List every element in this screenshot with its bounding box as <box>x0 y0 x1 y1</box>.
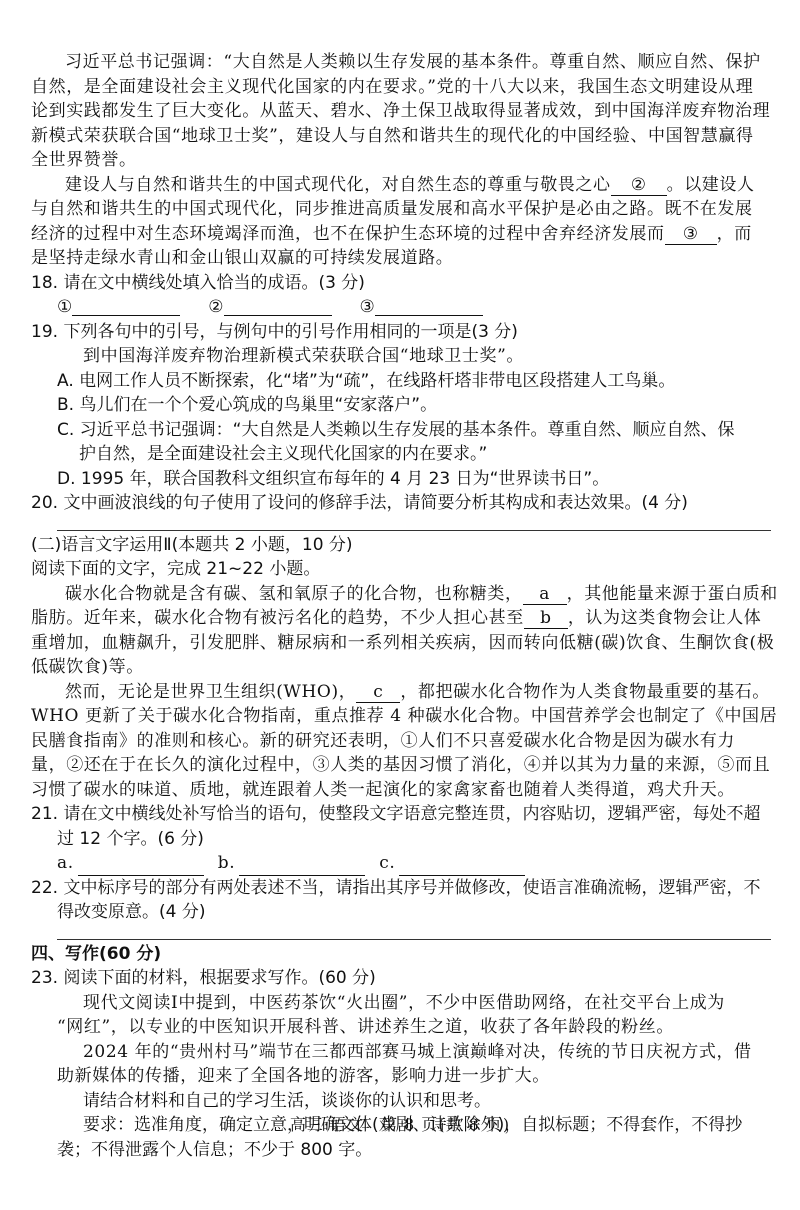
option-c[interactable]: C. 习近平总书记强调：“大自然是人类赖以生存发展的基本条件。尊重自然、顺应自然… <box>31 418 771 443</box>
text-segment: ，其他能量来源于蛋白质和 <box>567 584 778 604</box>
text-segment: ，认为这类食物会让人体 <box>568 608 762 628</box>
text-line: 习惯了碳水的味道、质地，就连跟着人类一起演化的家禽家畜也随着人类得道，鸡犬升天。 <box>31 778 771 803</box>
option-d[interactable]: D. 1995 年，联合国教科文组织宣布每年的 4 月 23 日为“世界读书日”… <box>31 467 771 492</box>
text-line: 新模式荣获联合国“地球卫士奖”，建设人与自然和谐共生的现代化的中国经验、中国智慧… <box>31 124 771 149</box>
material-1: 现代文阅读Ⅰ中提到，中医药茶饮“火出圈”，不少中医借助网络，在社交平台上成为 <box>31 991 771 1016</box>
answer-label-b: b. <box>218 851 236 876</box>
text-segment: 碳水化合物就是含有碳、氢和氧原子的化合物，也称糖类， <box>65 584 523 604</box>
fill-blank-2[interactable]: ② <box>611 175 667 196</box>
text-line: 低碳饮食)等。 <box>31 655 771 680</box>
answer-blank-b[interactable] <box>239 855 365 876</box>
answer-blank-1[interactable] <box>72 295 180 316</box>
question-18-answers: ① ② ③ <box>31 295 771 320</box>
question-21-stem: 21. 请在文中横线处补写恰当的语句，使整段文字语意完整连贯，内容贴切，逻辑严密… <box>31 802 771 827</box>
text-segment: ，都把碳水化合物作为人类食物最重要的基石。 <box>400 682 770 702</box>
question-19-example: 到中国海洋废弃物治理新模式荣获联合国“地球卫士奖”。 <box>31 344 771 369</box>
text-line: 经济的过程中对生态环境竭泽而渔，也不在保护生态环境的过程中舍弃经济发展而③，而 <box>31 222 771 247</box>
fill-blank-3[interactable]: ③ <box>665 224 717 245</box>
answer-label-c: c. <box>379 851 395 876</box>
answer-label-1: ① <box>57 295 72 320</box>
material-2: 2024 年的“贵州村马”端节在三都西部赛马城上演巅峰对决，传统的节日庆祝方式，… <box>31 1040 771 1065</box>
material-2-continued: 助新媒体的传播，迎来了全国各地的游客，影响力进一步扩大。 <box>31 1064 771 1089</box>
text-segment: 脂肪。近年来，碳水化合物有被污名化的趋势，不少人担心甚至 <box>31 608 524 628</box>
text-line: 脂肪。近年来，碳水化合物有被污名化的趋势，不少人担心甚至b，认为这类食物会让人体 <box>31 606 771 631</box>
text-line: 是坚持走绿水青山和金山银山双赢的可持续发展道路。 <box>31 246 771 271</box>
material-1-continued: “网红”，以专业的中医知识开展科普、讲述养生之道，收获了各年龄段的粉丝。 <box>31 1015 771 1040</box>
section-2-paragraph-2: 然而，无论是世界卫生组织(WHO)，c，都把碳水化合物作为人类食物最重要的基石。… <box>31 680 771 803</box>
text-segment: 然而，无论是世界卫生组织(WHO)， <box>65 682 356 702</box>
section-4-title: 四、写作(60 分) <box>31 942 771 967</box>
text-segment: 建设人与自然和谐共生的中国式现代化，对自然生态的尊重与敬畏之心 <box>65 175 611 195</box>
question-18-stem: 18. 请在文中横线处填入恰当的成语。(3 分) <box>31 271 771 296</box>
answer-label-3: ③ <box>360 295 375 320</box>
question-22-stem: 22. 文中标序号的部分有两处表述不当，请指出其序号并做修改，使语言准确流畅，逻… <box>31 876 771 901</box>
section-2-title: (二)语言文字运用Ⅱ(本题共 2 小题，10 分) <box>31 533 771 558</box>
text-line: 习近平总书记强调：“大自然是人类赖以生存发展的基本条件。尊重自然、顺应自然、保护 <box>31 50 771 75</box>
answer-blank-3[interactable] <box>375 295 483 316</box>
answer-blank-a[interactable] <box>78 855 204 876</box>
text-line: WHO 更新了关于碳水化合物指南，重点推荐 4 种碳水化合物。中国营养学会也制定… <box>31 704 771 729</box>
answer-label-a: a. <box>57 851 74 876</box>
writing-prompt: 请结合材料和自己的学习生活，谈谈你的认识和思考。 <box>31 1089 771 1114</box>
question-19-stem: 19. 下列各句中的引号，与例句中的引号作用相同的一项是(3 分) <box>31 320 771 345</box>
text-line: 量，②还在于在长久的演化过程中，③人类的基因习惯了消化，④并以其为力量的来源，⑤… <box>31 753 771 778</box>
text-line: 与自然和谐共生的中国式现代化，同步推进高质量发展和高水平保护是必由之路。既不在发… <box>31 197 771 222</box>
text-line: 重增加，血糖飙升，引发肥胖、糖尿病和一系列相关疾病，因而转向低糖(碳)饮食、生酮… <box>31 631 771 656</box>
fill-blank-c[interactable]: c <box>356 682 400 703</box>
answer-line-22[interactable] <box>57 925 771 940</box>
text-line: 建设人与自然和谐共生的中国式现代化，对自然生态的尊重与敬畏之心②。以建设人 <box>31 173 771 198</box>
question-21-answers: a. b. c. <box>31 851 771 876</box>
text-line: 论到实践都发生了巨大变化。从蓝天、碧水、净土保卫战取得显著成效，到中国海洋废弃物… <box>31 99 771 124</box>
text-segment: 经济的过程中对生态环境竭泽而渔，也不在保护生态环境的过程中舍弃经济发展而 <box>31 224 665 244</box>
fill-blank-b[interactable]: b <box>524 608 568 629</box>
answer-blank-2[interactable] <box>224 295 332 316</box>
writing-requirements-continued: 袭；不得泄露个人信息；不少于 800 字。 <box>31 1138 771 1163</box>
text-line: 自然，是全面建设社会主义现代化国家的内在要求。”党的十八大以来，我国生态文明建设… <box>31 75 771 100</box>
text-line: 然而，无论是世界卫生组织(WHO)，c，都把碳水化合物作为人类食物最重要的基石。 <box>31 680 771 705</box>
answer-label-2: ② <box>208 295 223 320</box>
passage-paragraph-1: 习近平总书记强调：“大自然是人类赖以生存发展的基本条件。尊重自然、顺应自然、保护… <box>31 50 771 173</box>
passage-paragraph-2: 建设人与自然和谐共生的中国式现代化，对自然生态的尊重与敬畏之心②。以建设人 与自… <box>31 173 771 271</box>
text-line: 全世界赞誉。 <box>31 148 771 173</box>
question-20-stem: 20. 文中画波浪线的句子使用了设问的修辞手法，请简要分析其构成和表达效果。(4… <box>31 491 771 516</box>
section-2-paragraph-1: 碳水化合物就是含有碳、氢和氧原子的化合物，也称糖类，a，其他能量来源于蛋白质和 … <box>31 582 771 680</box>
section-2-instruction: 阅读下面的文字，完成 21~22 小题。 <box>31 557 771 582</box>
option-c-continued[interactable]: 护自然，是全面建设社会主义现代化国家的内在要求。” <box>31 442 771 467</box>
question-23-stem: 23. 阅读下面的材料，根据要求写作。(60 分) <box>31 966 771 991</box>
text-segment: ，而 <box>717 224 752 244</box>
option-a[interactable]: A. 电网工作人员不断探索，化“堵”为“疏”，在线路杆塔非带电区段搭建人工鸟巢。 <box>31 369 771 394</box>
text-line: 民膳食指南》的准则和核心。新的研究还表明，①人们不只喜爱碳水化合物是因为碳水有力 <box>31 729 771 754</box>
text-line: 碳水化合物就是含有碳、氢和氧原子的化合物，也称糖类，a，其他能量来源于蛋白质和 <box>31 582 771 607</box>
option-b[interactable]: B. 鸟儿们在一个个爱心筑成的鸟巢里“安家落户”。 <box>31 393 771 418</box>
answer-blank-c[interactable] <box>399 855 525 876</box>
exam-page: 习近平总书记强调：“大自然是人类赖以生存发展的基本条件。尊重自然、顺应自然、保护… <box>31 50 771 1162</box>
text-segment: 。以建设人 <box>667 175 755 195</box>
question-21-stem-continued: 过 12 个字。(6 分) <box>31 827 771 852</box>
fill-blank-a[interactable]: a <box>523 584 567 605</box>
answer-line-20[interactable] <box>57 516 771 531</box>
question-22-stem-continued: 得改变原意。(4 分) <box>31 900 771 925</box>
page-footer: 高三·语文 第 8 页(共 8 页) <box>0 1112 800 1135</box>
